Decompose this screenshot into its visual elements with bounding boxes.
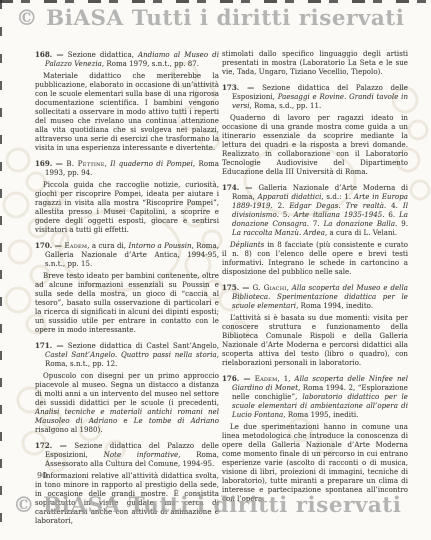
- text-segment: , a cura di,: [87, 242, 128, 250]
- text-segment: L’attività si è basata su due momenti: v…: [222, 314, 408, 367]
- text-segment: Sezione didattica,: [68, 51, 138, 59]
- text-segment: Castel Sant’Angelo. Quattro passi nella …: [45, 351, 217, 359]
- paragraph: Quaderno di lavoro per ragazzi ideato in…: [222, 114, 408, 177]
- text-segment: G. Giachi: [253, 284, 287, 292]
- text-segment: 170. —: [35, 241, 64, 250]
- text-segment: risalgono al 1980).: [35, 426, 103, 434]
- text-segment: Piccola guida che raccoglie notizie, cur…: [35, 181, 219, 234]
- text-segment: 174. —: [222, 183, 258, 192]
- text-segment: Edgar Degas. Tre realtà: [289, 202, 384, 210]
- right-column: stimolati dallo specifico linguaggio deg…: [222, 50, 408, 504]
- text-segment: 175. —: [222, 283, 253, 292]
- entry-heading: 171. — Sezione didattica di Castel Sant’…: [35, 341, 219, 369]
- paragraph: Le due sperimentazioni hanno in comune u…: [222, 423, 408, 504]
- text-segment: Intorno a Poussin: [128, 242, 191, 250]
- entry-heading: 172. — Sezione didattica del Palazzo del…: [35, 441, 219, 469]
- text-segment: Quaderno di lavoro per ragazzi ideato in…: [222, 114, 408, 176]
- text-segment: B. Pettine: [66, 160, 104, 168]
- page-number: 90: [37, 471, 47, 480]
- scan-edge-left: [0, 0, 2, 540]
- entry-heading: 169. — B. Pettine, Il quaderno di Pompei…: [35, 159, 219, 178]
- entry-heading: 170. — Eadem, a cura di, Intorno a Pouss…: [35, 241, 219, 269]
- paragraph: Dépliants in 8 facciate (più consistente…: [222, 241, 408, 277]
- text-segment: 169. —: [35, 159, 66, 168]
- paragraph: stimolati dallo specifico linguaggio deg…: [222, 50, 408, 77]
- text-segment: e: [117, 417, 134, 425]
- text-segment: , Roma 1994, inedito.: [296, 302, 373, 310]
- text-segment: Arte italiana 1935-1945: [294, 211, 383, 219]
- entry-heading: 176. — Eadem, 1, Alla scoperta delle Nin…: [222, 374, 408, 420]
- text-segment: La donazione Balla: [324, 220, 396, 228]
- text-segment: La raccolta Manzù. Ardea: [232, 229, 325, 237]
- text-segment: Sezione didattica di Castel Sant’Angelo,: [68, 342, 219, 350]
- text-segment: Eadem: [255, 375, 278, 383]
- text-segment: Materiale didattico che meriterebbe la p…: [35, 72, 219, 152]
- entry-heading: 173. — Sezione didattica del Palazzo del…: [222, 83, 408, 111]
- paragraph: Piccola guida che raccoglie notizie, cur…: [35, 181, 219, 235]
- paragraph: Opuscolo con disegni per un primo approc…: [35, 372, 219, 435]
- text-segment: Note informative: [104, 451, 179, 459]
- text-segment: 173. —: [222, 83, 262, 92]
- text-segment: , Roma 1979, s.n.t., pp. 87.: [102, 60, 199, 68]
- text-segment: . 7.: [307, 220, 324, 228]
- text-segment: Eadem: [64, 242, 87, 250]
- text-segment: stimolati dallo specifico linguaggio deg…: [222, 50, 408, 76]
- text-segment: 168. —: [35, 50, 68, 59]
- scan-edge-top: [0, 0, 431, 3]
- paragraph: L’attività si è basata su due momenti: v…: [222, 314, 408, 368]
- entry-heading: 168. — Sezione didattica, Andiamo al Mus…: [35, 50, 219, 69]
- text-segment: 176. —: [222, 374, 255, 383]
- text-segment: 171. —: [35, 341, 68, 350]
- text-segment: Apparati didattici: [258, 193, 322, 201]
- text-segment: . 9.: [395, 220, 408, 228]
- text-segment: , 1,: [277, 375, 294, 383]
- text-segment: Le tombe di Adriano: [134, 417, 219, 425]
- text-segment: . 4.: [384, 202, 403, 210]
- entry-heading: 175. — G. Giachi, Alla scoperta del Muse…: [222, 283, 408, 311]
- text-segment: , a cura di L. Velani.: [325, 229, 397, 237]
- text-segment: Opuscolo con disegni per un primo approc…: [35, 372, 219, 407]
- text-segment: Breve testo ideato per bambini contenent…: [35, 272, 219, 334]
- text-segment: Le due sperimentazioni hanno in comune u…: [222, 423, 408, 503]
- text-segment: . 5.: [277, 211, 294, 219]
- paragraph: Breve testo ideato per bambini contenent…: [35, 272, 219, 335]
- entry-heading: 174. — Galleria Nazionale d’Arte Moderna…: [222, 183, 408, 238]
- text-segment: Il quaderno di Pompei: [110, 160, 193, 168]
- text-segment: , s.d.: 1.: [321, 193, 354, 201]
- text-segment: , Roma 1995, inediti.: [283, 411, 358, 419]
- text-segment: Dépliants: [230, 241, 264, 249]
- scanned-page: © BiASA Tutti i diritti riservati © BiAS…: [0, 0, 431, 540]
- left-column: 168. — Sezione didattica, Andiamo al Mus…: [35, 50, 219, 526]
- paragraph: Materiale didattico che meriterebbe la p…: [35, 72, 219, 153]
- text-segment: 172. —: [35, 441, 74, 450]
- text-segment: , Roma, s.d., pp. 11.: [250, 102, 322, 110]
- text-segment: . 6.: [382, 211, 399, 219]
- watermark-top: © BiASA Tutti i diritti riservati: [16, 6, 404, 31]
- text-segment: . 2.: [270, 202, 289, 210]
- watermark-bottom: © BiASA Tutti i diritti riservati: [13, 493, 401, 518]
